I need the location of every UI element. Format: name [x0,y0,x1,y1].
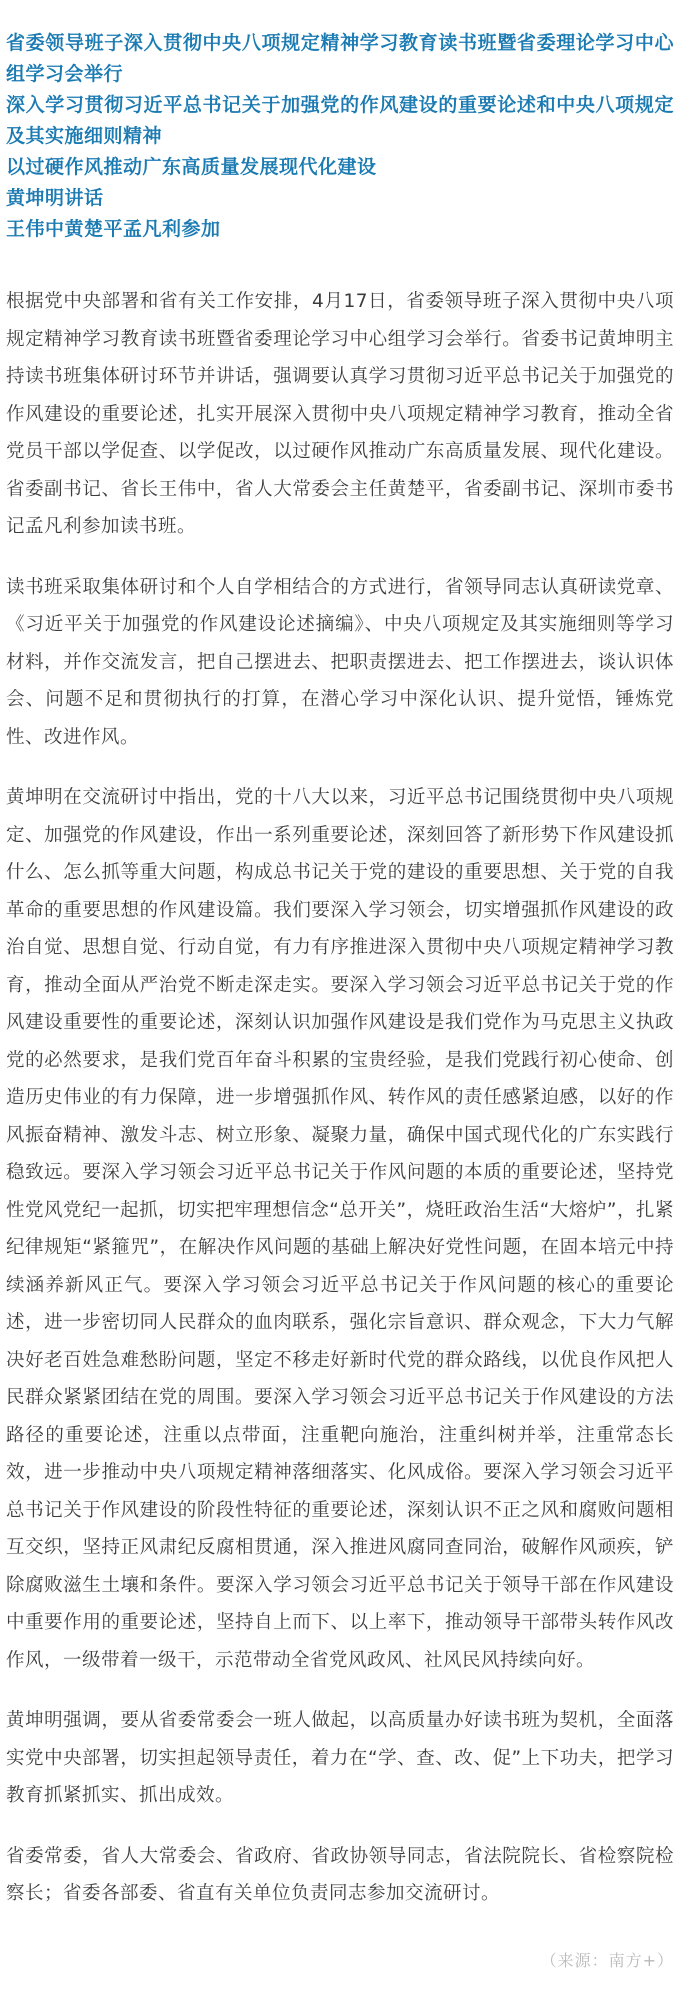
article-headline: 省委领导班子深入贯彻中央八项规定精神学习教育读书班暨省委理论学习中心组学习会举行… [6,28,674,245]
headline-attendees: 王伟中黄楚平孟凡利参加 [6,214,674,245]
paragraph-study-format: 读书班采取集体研讨和个人自学相结合的方式进行，省领导同志认真研读党章、《习近平关… [6,569,674,757]
paragraph-speech-main: 黄坤明在交流研讨中指出，党的十八大以来，习近平总书记围绕贯彻中央八项规定、加强党… [6,779,674,1679]
article-body: 根据党中央部署和省有关工作安排，4月17日，省委领导班子深入贯彻中央八项规定精神… [6,283,674,1913]
headline-subtitle-1: 深入学习贯彻习近平总书记关于加强党的作风建设的重要论述和中央八项规定及其实施细则… [6,90,674,152]
article-footer: （来源：南方+） [6,1949,674,1973]
headline-speaker: 黄坤明讲话 [6,183,674,214]
paragraph-lead: 根据党中央部署和省有关工作安排，4月17日，省委领导班子深入贯彻中央八项规定精神… [6,283,674,546]
headline-main-title: 省委领导班子深入贯彻中央八项规定精神学习教育读书班暨省委理论学习中心组学习会举行 [6,28,674,90]
source-attribution: （来源：南方+） [6,1949,674,1973]
article-page: { "article": { "headline_lines": [ "省委领导… [0,0,680,2011]
news-article: 省委领导班子深入贯彻中央八项规定精神学习教育读书班暨省委理论学习中心组学习会举行… [0,0,680,2011]
paragraph-attendee-list: 省委常委，省人大常委会、省政府、省政协领导同志，省法院院长、省检察院检察长；省委… [6,1838,674,1913]
headline-subtitle-2: 以过硬作风推动广东高质量发展现代化建设 [6,152,674,183]
paragraph-speech-emphasis: 黄坤明强调，要从省委常委会一班人做起，以高质量办好读书班为契机，全面落实党中央部… [6,1702,674,1815]
